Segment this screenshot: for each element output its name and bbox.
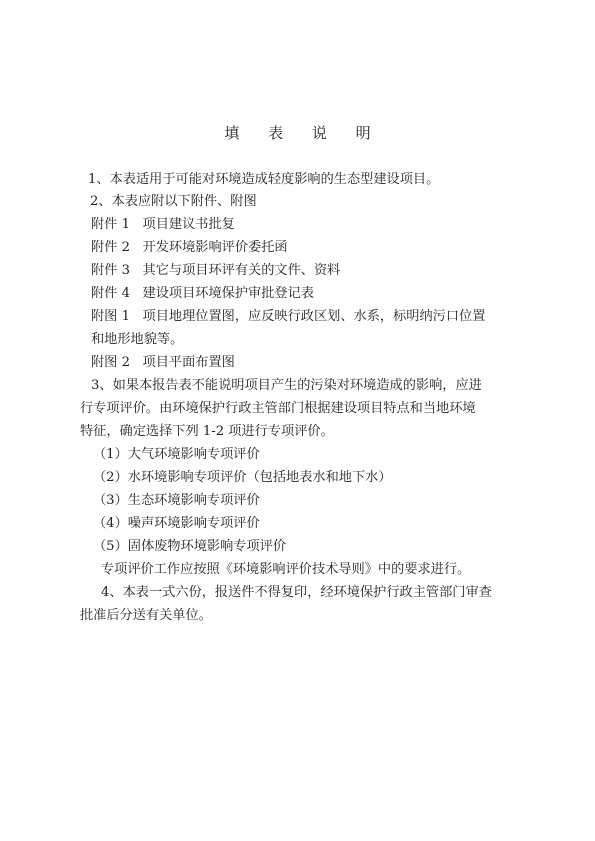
figure-1-continuation: 和地形地貌等。 [91, 331, 521, 349]
special-evaluation-1: （1）大气环境影响专项评价 [93, 446, 523, 464]
attachment-label: 附件 3 [91, 263, 130, 278]
instruction-item-4-line-1: 4、本表一式六份，报送件不得复印，经环境保护行政主管部门审查 [101, 584, 531, 602]
special-evaluation-5: （5）固体废物环境影响专项评价 [93, 538, 523, 556]
attachment-text: 建设项目环境保护审批登记表 [143, 286, 314, 301]
attachment-3: 附件 3 其它与项目环评有关的文件、资料 [91, 262, 521, 280]
figure-1: 附图 1 项目地理位置图，应反映行政区划、水系，标明纳污口位置 [91, 308, 509, 326]
instruction-item-3-line-1: 3、如果本报告表不能说明项目产生的污染对环境造成的影响，应进 [91, 377, 521, 395]
instruction-item-3-line-2: 行专项评价。由环境保护行政主管部门根据建设项目特点和当地环境 [80, 400, 510, 418]
figure-label: 附图 2 [91, 355, 130, 370]
attachment-label: 附件 1 [91, 217, 130, 232]
figure-2: 附图 2 项目平面布置图 [91, 354, 521, 372]
attachment-1: 附件 1 项目建议书批复 [91, 216, 521, 234]
page-title: 填 表 说 明 [0, 122, 595, 143]
figure-text: 项目地理位置图，应反映行政区划、水系，标明纳污口位置 [143, 309, 486, 324]
special-evaluation-4: （4）噪声环境影响专项评价 [93, 515, 523, 533]
attachment-text: 其它与项目环评有关的文件、资料 [143, 263, 341, 278]
attachment-label: 附件 2 [91, 240, 130, 255]
special-evaluation-2: （2）水环境影响专项评价（包括地表水和地下水） [93, 469, 523, 487]
figure-text: 项目平面布置图 [143, 355, 235, 370]
attachment-2: 附件 2 开发环境影响评价委托函 [91, 239, 521, 257]
attachment-text: 开发环境影响评价委托函 [143, 240, 288, 255]
instruction-item-3-line-3: 特征，确定选择下列 1-2 项进行专项评价。 [80, 423, 510, 441]
instruction-item-4-line-2: 批准后分送有关单位。 [80, 607, 510, 625]
instruction-item-2: 2、本表应附以下附件、附图 [90, 193, 520, 211]
instruction-item-1: 1、本表适用于可能对环境造成轻度影响的生态型建设项目。 [88, 171, 518, 189]
attachment-4: 附件 4 建设项目环境保护审批登记表 [91, 285, 521, 303]
attachment-text: 项目建议书批复 [143, 217, 235, 232]
guideline-note: 专项评价工作应按照《环境影响评价技术导则》中的要求进行。 [101, 561, 531, 579]
document-page: 填 表 说 明 1、本表适用于可能对环境造成轻度影响的生态型建设项目。 2、本表… [0, 0, 595, 841]
special-evaluation-3: （3）生态环境影响专项评价 [93, 492, 523, 510]
figure-label: 附图 1 [91, 309, 130, 324]
attachment-label: 附件 4 [91, 286, 130, 301]
